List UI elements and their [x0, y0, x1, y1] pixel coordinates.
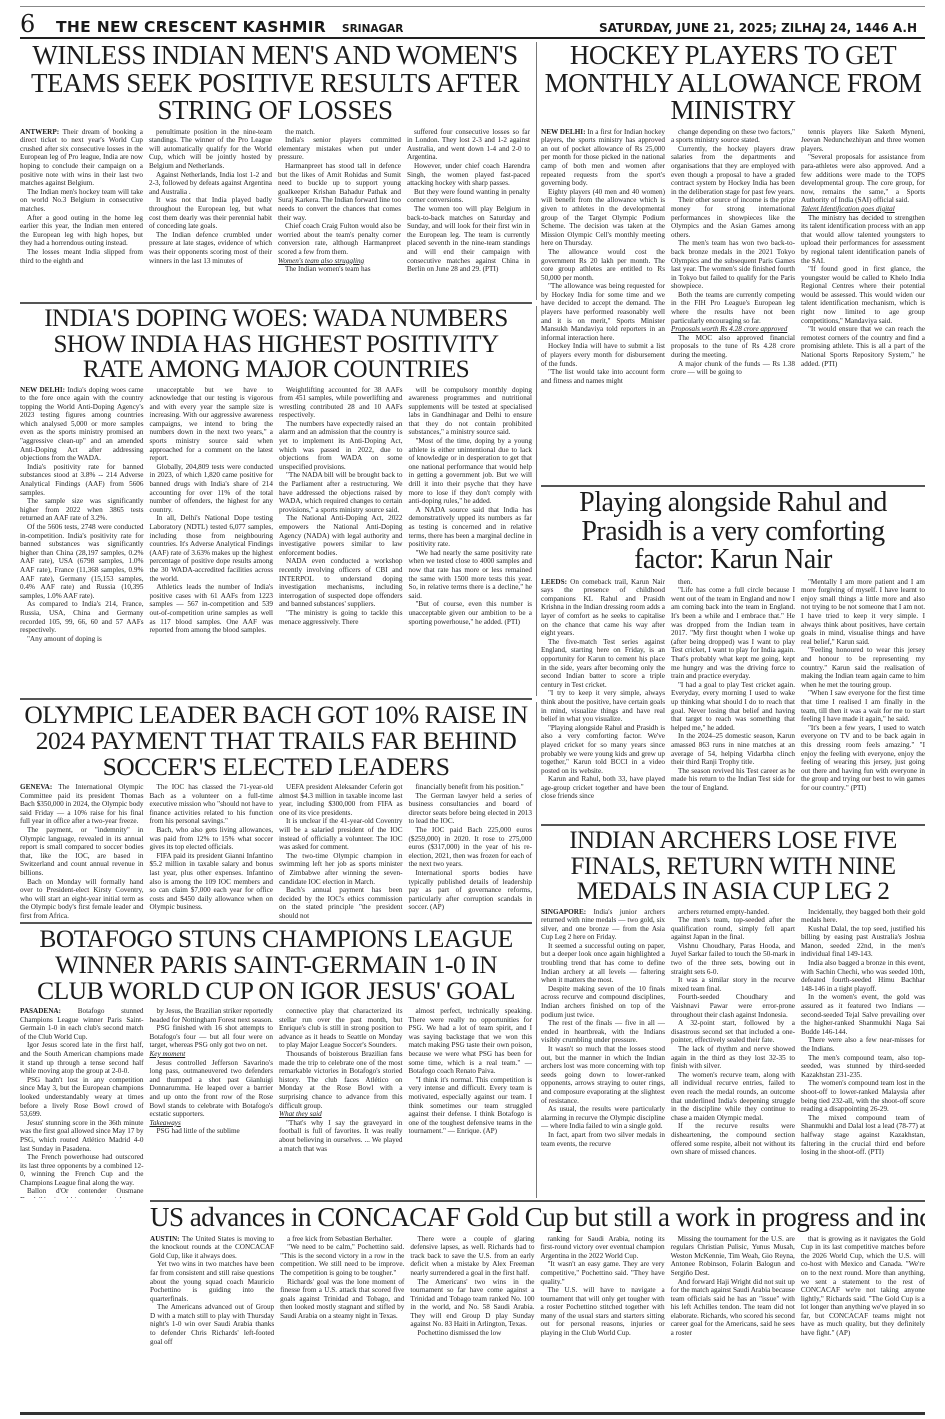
paragraph: "But of course, even this number is unac… — [409, 600, 533, 626]
paragraph: India also bagged a bronze in this event… — [801, 959, 925, 993]
article-column: change depending on these two factors," … — [671, 128, 795, 386]
subheading: Women's team also struggling — [278, 257, 401, 266]
lead-paragraph: SINGAPORE: India's junior archers return… — [541, 908, 665, 942]
lead-paragraph: PASADENA: Botafogo stunned Champions Lea… — [20, 1007, 144, 1041]
headline: OLYMPIC LEADER BACH GOT 10% RAISE IN 202… — [20, 702, 532, 780]
section-rule — [150, 1200, 925, 1202]
paragraph: tennis players like Saketh Myneni, Jeeva… — [801, 128, 925, 154]
paragraph: "We need to be calm," Pochettino said. "… — [280, 1243, 404, 1277]
article-body: GENEVA: The International Olympic Commit… — [20, 783, 532, 921]
lead-paragraph: ANTWERP: Their dream of booking a direct… — [20, 128, 143, 188]
paragraph: The allowance would cost the government … — [541, 248, 665, 282]
paragraph: If the recurve results were disheartenin… — [671, 1122, 795, 1156]
paragraph: The men's team has won two back-to-back … — [671, 239, 795, 291]
paragraph: Yet two wins in two matches have been fa… — [150, 1260, 274, 1303]
paragraph: that is growing as it navigates the Gold… — [801, 1235, 925, 1338]
subheading: Talent Identification goes digital — [801, 205, 925, 214]
paragraph: Igor Jesus scored late in the first half… — [20, 1041, 144, 1075]
paragraph: The ministry has decided to strengthen i… — [801, 214, 925, 266]
column-divider — [536, 306, 537, 696]
headline: HOCKEY PLAYERS TO GET MONTHLY ALLOWANCE … — [541, 42, 925, 125]
paragraph: change depending on these two factors," … — [671, 128, 795, 145]
paragraph: "Playing alongside Rahul and Prasidh is … — [541, 724, 665, 776]
paragraph: "It wasn't an easy game. They are very c… — [540, 1260, 664, 1286]
paragraph: "Life has come a full circle because I w… — [671, 586, 795, 681]
paragraph: "When I saw everyone for the first time … — [801, 689, 925, 723]
paragraph: After a good outing in the home leg earl… — [20, 214, 143, 248]
paragraph: will be compulsory monthly doping awaren… — [409, 386, 533, 438]
headline: US advances in CONCACAF Gold Cup but sti… — [150, 1204, 925, 1232]
paragraph: The two-time Olympic champion in swimmin… — [279, 852, 403, 886]
article-us-gold-cup: US advances in CONCACAF Gold Cup but sti… — [150, 1204, 925, 1410]
paragraph: Against Netherlands, India lost 1-2 and … — [149, 171, 272, 197]
paragraph: As usual, the results were particularly … — [541, 1105, 665, 1131]
article-column: SINGAPORE: India's junior archers return… — [541, 908, 665, 1157]
paragraph: financially benefit from his position." — [409, 783, 533, 792]
paragraph: The National Anti-Doping Act, 2022 empow… — [279, 514, 403, 557]
paragraph: Karun and Rahul, both 33, have played ag… — [541, 775, 665, 801]
paragraph: The IOC paid Bach 225,000 euros ($259,00… — [409, 826, 533, 869]
subheading: What they said — [279, 1110, 403, 1119]
article-column: ranking for Saudi Arabia, noting its fir… — [540, 1235, 664, 1347]
lead-paragraph: NEW DELHI: India's doping woes came to t… — [20, 386, 144, 463]
paragraph: Eighty players (40 men and 40 women) wil… — [541, 188, 665, 248]
section-rule — [20, 698, 532, 700]
paragraph: As compared to India's 214, France, Russ… — [20, 600, 144, 634]
paragraph: "Feeling honoured to wear this jersey an… — [801, 646, 925, 689]
article-doping: INDIA'S DOPING WOES: WADA NUMBERS SHOW I… — [20, 306, 532, 700]
paragraph: The lack of rhythm and nerve showed agai… — [671, 1045, 795, 1071]
paragraph: PSG finished with 16 shot attempts to Bo… — [150, 1024, 274, 1050]
article-column: will be compulsory monthly doping awaren… — [409, 386, 533, 644]
paragraph: Incidentally, they bagged both their gol… — [801, 908, 925, 925]
paragraph: The women's recurve team, along with all… — [671, 1071, 795, 1123]
dateline: PASADENA: — [20, 1007, 78, 1015]
paragraph: a free kick from Sebastian Berhalter. — [280, 1235, 404, 1244]
article-column: a free kick from Sebastian Berhalter."We… — [280, 1235, 404, 1347]
page-number: 6 — [20, 10, 50, 38]
column-divider — [536, 702, 537, 1198]
article-hockey-allowance: HOCKEY PLAYERS TO GET MONTHLY ALLOWANCE … — [541, 42, 925, 482]
paragraph: Ballon d'Or contender Ousmane Dembélé mi… — [20, 1187, 144, 1198]
lead-paragraph: GENEVA: The International Olympic Commit… — [20, 783, 144, 826]
subheading: Proposals worth Rs 4.28 crore approved — [671, 325, 795, 334]
paragraph: "If found good in first glance, the youn… — [801, 265, 925, 325]
article-column: suffered four consecutive losses so far … — [407, 128, 530, 274]
article-body: AUSTIN: The United States is moving to t… — [150, 1235, 925, 1347]
paragraph: "We had nearly the same positivity rate … — [409, 549, 533, 601]
article-column: LEEDS: On comeback trail, Karun Nair say… — [541, 578, 665, 801]
paragraph: The women too will play Belgium in back-… — [407, 205, 530, 274]
paragraph: Jesus controlled Jefferson Savarino's lo… — [150, 1059, 274, 1119]
paragraph: International sports bodies have typical… — [409, 869, 533, 912]
paragraph: The U.S. will have to navigate a tournam… — [540, 1286, 664, 1338]
paragraph: It is unclear if the 41-year-old Coventr… — [279, 817, 403, 851]
paragraph: But they were found wanting in penalty c… — [407, 188, 530, 205]
paragraph: "The NADA bill will be brought back to t… — [279, 471, 403, 514]
article-column: Weightlifting accounted for 38 AAFs from… — [279, 386, 403, 644]
section-rule — [541, 824, 925, 826]
masthead-rule — [20, 37, 925, 39]
column-divider — [536, 42, 537, 300]
paragraph: In the women's event, the gold was assur… — [801, 993, 925, 1036]
article-column: penultimate position in the nine-team st… — [149, 128, 272, 274]
paragraph: The German lawyer held a series of busin… — [409, 792, 533, 826]
paragraph: The numbers have expectedly raised an al… — [279, 420, 403, 472]
paragraph: Despite making seven of the 10 finals ac… — [541, 985, 665, 1019]
paragraph: Richards' goal was the lone moment of fi… — [280, 1278, 404, 1321]
paragraph: "Most of the time, doping by a young ath… — [409, 437, 533, 506]
paragraph: The men's team, top-seeded after the qua… — [671, 916, 795, 942]
article-column: unacceptable but we have to acknowledge … — [150, 386, 274, 644]
paragraph: India's positivity rate for banned subst… — [20, 463, 144, 497]
article-column: then."Life has come a full circle becaus… — [671, 578, 795, 801]
paragraph: The Indian defence crumbled under pressu… — [149, 231, 272, 265]
paragraph: The men's compound team, also top-seeded… — [801, 1054, 925, 1080]
paragraph: Bach on Monday will formally hand over t… — [20, 878, 144, 921]
paragraph: "I try to keep it very simple, always th… — [541, 689, 665, 723]
paragraph: the match. — [278, 128, 401, 137]
article-hockey-losses: WINLESS INDIAN MEN'S AND WOMEN'S TEAMS S… — [20, 42, 530, 304]
dateline: GENEVA: — [20, 783, 58, 791]
masthead: 6 THE NEW CRESCENT KASHMIR SRINAGAR SATU… — [20, 10, 925, 36]
paragraph: Pochettino dismissed the low — [410, 1329, 534, 1338]
paragraph: unacceptable but we have to acknowledge … — [150, 386, 274, 463]
headline: Playing alongside Rahul and Prasidh is a… — [541, 489, 925, 575]
newspaper-name: THE NEW CRESCENT KASHMIR — [56, 18, 326, 36]
paragraph: Both the teams are currently competing i… — [671, 291, 795, 325]
paragraph: It wasn't so much that the losses stood … — [541, 1045, 665, 1105]
article-column: that is growing as it navigates the Gold… — [801, 1235, 925, 1347]
paragraph: PSG hadn't lost in any competition since… — [20, 1076, 144, 1119]
dateline: AUSTIN: — [150, 1235, 182, 1243]
paragraph: Athletics leads the number of India's po… — [150, 583, 274, 635]
paragraph: "It would ensure that we can reach the r… — [801, 325, 925, 368]
paragraph: There were a couple of glaring defensive… — [410, 1235, 534, 1278]
paragraph: The losses meant India slipped from thir… — [20, 248, 143, 265]
subheading: Takeaways — [150, 1119, 274, 1128]
paragraph: In all, Delhi's National Dope testing La… — [150, 514, 274, 583]
article-column: NEW DELHI: In a first for Indian hockey … — [541, 128, 665, 386]
paragraph: The mixed compound team of Shanmukhi and… — [801, 1114, 925, 1157]
top-rule — [20, 6, 925, 7]
paragraph: Bach, who also gets living allowances, w… — [150, 826, 274, 852]
paragraph: "Several proposals for assistance from p… — [801, 153, 925, 205]
lead-paragraph: LEEDS: On comeback trail, Karun Nair say… — [541, 578, 665, 638]
paragraph: The women's compound team lost in the sh… — [801, 1079, 925, 1113]
paragraph: The five-match Test series against Engla… — [541, 638, 665, 690]
paragraph: FIFA paid its president Gianni Infantino… — [150, 852, 274, 912]
article-bach-pay: OLYMPIC LEADER BACH GOT 10% RAISE IN 202… — [20, 702, 532, 922]
paragraph: In the 2024–25 domestic season, Karun am… — [671, 732, 795, 766]
paragraph: Their other source of income is the priz… — [671, 196, 795, 239]
paragraph: A 32-point start, followed by a disastro… — [671, 1019, 795, 1045]
article-column: archers returned empty-handed.The men's … — [671, 908, 795, 1157]
paragraph: The Indian women's team has — [278, 265, 401, 274]
paragraph: ranking for Saudi Arabia, noting its fir… — [540, 1235, 664, 1261]
paragraph: "I had a goal to play Test cricket again… — [671, 681, 795, 733]
subheading: Key moment — [150, 1050, 274, 1059]
article-column: tennis players like Saketh Myneni, Jeeva… — [801, 128, 925, 386]
paragraph: "The list would take into account form a… — [541, 368, 665, 385]
paragraph: The season revived his Test career as he… — [671, 767, 795, 793]
paragraph: Kushal Dalal, the top seed, justified hi… — [801, 925, 925, 959]
paragraph: by Jesus, the Brazilian striker reported… — [150, 1007, 274, 1024]
article-column: AUSTIN: The United States is moving to t… — [150, 1235, 274, 1347]
article-column: "Mentally I am more patient and I am mor… — [801, 578, 925, 801]
dateline: NEW DELHI: — [20, 386, 67, 394]
paragraph: NADA even conducted a workshop recently … — [279, 557, 403, 609]
paragraph: Fourth-seeded Choudhary and Vaishnavi Pa… — [671, 993, 795, 1019]
article-column: ANTWERP: Their dream of booking a direct… — [20, 128, 143, 274]
paragraph: The sample size was significantly higher… — [20, 497, 144, 523]
headline: INDIAN ARCHERS LOSE FIVE FINALS, RETURN … — [541, 828, 925, 905]
article-column: Missing the tournament for the U.S. are … — [671, 1235, 795, 1347]
paragraph: And forward Haji Wright did not suit up … — [671, 1278, 795, 1338]
article-body: NEW DELHI: In a first for Indian hockey … — [541, 128, 925, 386]
paragraph: It was not that India played badly throu… — [149, 196, 272, 230]
article-body: LEEDS: On comeback trail, Karun Nair say… — [541, 578, 925, 801]
article-column: the match.India's senior players committ… — [278, 128, 401, 274]
paragraph: connective play that characterized its s… — [279, 1007, 403, 1050]
paragraph: The rest of the finals — five in all — e… — [541, 1019, 665, 1045]
paragraph: almost perfect, technically speaking. Th… — [409, 1007, 533, 1076]
article-column: There were a couple of glaring defensive… — [410, 1235, 534, 1347]
paragraph: "I think it's normal. This competition i… — [409, 1076, 533, 1136]
paragraph: Jesus' stunning score in the 36th minute… — [20, 1119, 144, 1153]
paragraph: Globally, 204,809 tests were conducted i… — [150, 463, 274, 515]
article-column: UEFA president Aleksander Ceferin got al… — [279, 783, 403, 921]
paragraph: The payment, or "indemnity" in Olympic l… — [20, 826, 144, 878]
article-botafogo: BOTAFOGO STUNS CHAMPIONS LEAGUE WINNER P… — [20, 926, 532, 1198]
paragraph: "Any amount of doping is — [20, 635, 144, 644]
article-column: almost perfect, technically speaking. Th… — [409, 1007, 533, 1198]
article-body: ANTWERP: Their dream of booking a direct… — [20, 128, 530, 274]
edition-city: SRINAGAR — [342, 23, 403, 35]
article-karun-nair: Playing alongside Rahul and Prasidh is a… — [541, 489, 925, 821]
paragraph: Currently, the hockey players draw salar… — [671, 145, 795, 197]
headline: INDIA'S DOPING WOES: WADA NUMBERS SHOW I… — [20, 306, 532, 383]
paragraph: Missing the tournament for the U.S. are … — [671, 1235, 795, 1278]
article-body: PASADENA: Botafogo stunned Champions Lea… — [20, 1007, 532, 1198]
paragraph: UEFA president Aleksander Ceferin got al… — [279, 783, 403, 817]
headline: BOTAFOGO STUNS CHAMPIONS LEAGUE WINNER P… — [20, 926, 532, 1004]
paragraph: The MOC also approved financial proposal… — [671, 334, 795, 360]
dateline: ANTWERP: — [20, 128, 63, 136]
article-archers: INDIAN ARCHERS LOSE FIVE FINALS, RETURN … — [541, 828, 925, 1198]
paragraph: Thousands of boisterous Brazilian fans m… — [279, 1050, 403, 1110]
paragraph: The Americans advanced out of Group D wi… — [150, 1303, 274, 1346]
article-column: NEW DELHI: India's doping woes came to t… — [20, 386, 144, 644]
paragraph: It seemed a successful outing on paper, … — [541, 942, 665, 985]
article-column: financially benefit from his position."T… — [409, 783, 533, 921]
article-column: The IOC has classed the 71-year-old Bach… — [150, 783, 274, 921]
paragraph: "That's why I say the graveyard in footb… — [279, 1119, 403, 1153]
paragraph: However, under chief coach Harendra Sing… — [407, 162, 530, 188]
paragraph: It was a similar story in the recurve mi… — [671, 976, 795, 993]
paragraph: Harmanpreet has stood tall in defence bu… — [278, 162, 401, 222]
headline: WINLESS INDIAN MEN'S AND WOMEN'S TEAMS S… — [20, 42, 530, 125]
paragraph: "The ministry is going to tackle this me… — [279, 609, 403, 626]
article-body: SINGAPORE: India's junior archers return… — [541, 908, 925, 1157]
lead-paragraph: NEW DELHI: In a first for Indian hockey … — [541, 128, 665, 188]
dateline: SINGAPORE: — [541, 908, 594, 916]
paragraph: There were also a few near-misses for th… — [801, 1036, 925, 1053]
section-rule — [20, 922, 532, 924]
paragraph: A NADA source said that India has demons… — [409, 506, 533, 549]
paragraph: "Mentally I am more patient and I am mor… — [801, 578, 925, 647]
paragraph: Hockey India will have to submit a list … — [541, 342, 665, 368]
paragraph: archers returned empty-handed. — [671, 908, 795, 917]
dateline: NEW DELHI: — [541, 128, 587, 136]
paragraph: Of the 5606 tests, 2748 were conducted i… — [20, 523, 144, 600]
paragraph: then. — [671, 578, 795, 587]
lead-paragraph: AUSTIN: The United States is moving to t… — [150, 1235, 274, 1261]
paragraph: The French powerhouse had outscored its … — [20, 1153, 144, 1187]
article-column: GENEVA: The International Olympic Commit… — [20, 783, 144, 921]
paragraph: Vishnu Choudhary, Paras Hooda, and Juyel… — [671, 942, 795, 976]
article-column: by Jesus, the Brazilian striker reported… — [150, 1007, 274, 1198]
paragraph: Weightlifting accounted for 38 AAFs from… — [279, 386, 403, 420]
paragraph: Bach's annual payment has been decided b… — [279, 886, 403, 920]
paragraph: "The allowance was being requested for b… — [541, 282, 665, 342]
paragraph: Chief coach Craig Fulton would also be w… — [278, 222, 401, 256]
paragraph: "It's been a few years, I used to watch … — [801, 724, 925, 793]
paragraph: penultimate position in the nine-team st… — [149, 128, 272, 171]
paragraph: suffered four consecutive losses so far … — [407, 128, 530, 162]
paragraph: The Americans' two wins in the tournamen… — [410, 1278, 534, 1330]
article-column: connective play that characterized its s… — [279, 1007, 403, 1198]
issue-date: SATURDAY, JUNE 21, 2025; ZILHAJ 24, 1446… — [599, 21, 917, 35]
dateline: LEEDS: — [541, 578, 570, 586]
article-body: NEW DELHI: India's doping woes came to t… — [20, 386, 532, 644]
paragraph: PSG had little of the sublime — [150, 1127, 274, 1136]
paragraph: The Indian men's hockey team will take o… — [20, 188, 143, 214]
article-column: Incidentally, they bagged both their gol… — [801, 908, 925, 1157]
paragraph: A major chunk of the funds — Rs 1.38 cro… — [671, 360, 795, 377]
article-column: PASADENA: Botafogo stunned Champions Lea… — [20, 1007, 144, 1198]
section-rule — [541, 485, 925, 487]
paragraph: India's senior players committed element… — [278, 136, 401, 162]
paragraph: The IOC has classed the 71-year-old Bach… — [150, 783, 274, 826]
bottom-rule — [20, 1412, 925, 1415]
section-rule — [20, 302, 532, 304]
paragraph: In fact, apart from two silver medals in… — [541, 1131, 665, 1148]
